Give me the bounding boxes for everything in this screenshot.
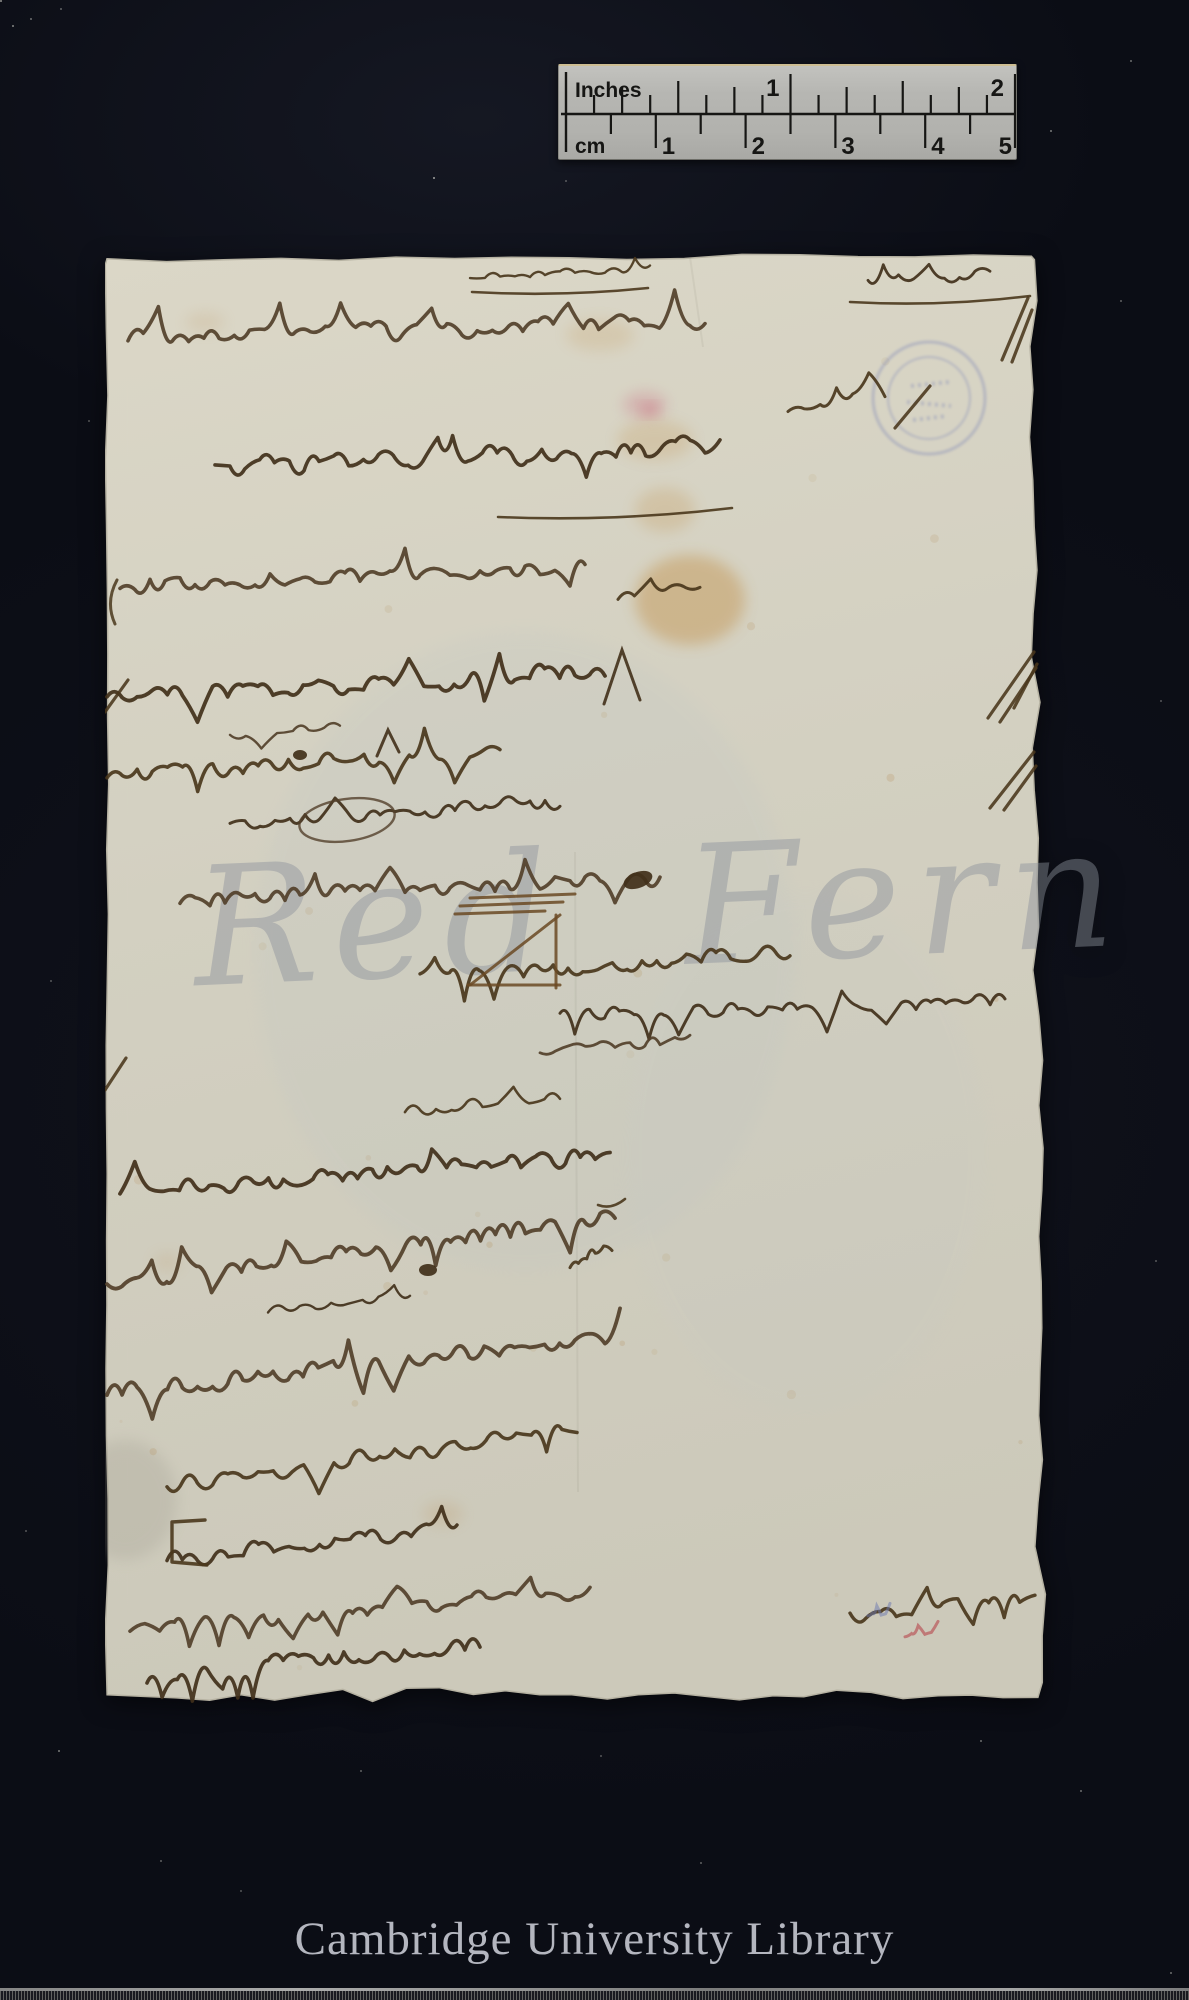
cm-number: 4 [931,133,945,159]
ink-line [868,264,990,283]
cm-number: 5 [999,133,1012,159]
scale-ruler: Inchescm1212345 [558,64,1017,160]
ruler-svg: Inchescm1212345 [559,66,1016,159]
ink-blot [293,750,307,760]
ink-line [230,723,340,748]
margin-stroke [1014,664,1037,708]
ink-writing-layer [105,252,1047,1704]
ink-line [128,290,705,342]
ink-line [560,991,1005,1039]
mount-bottom-edge [0,1988,1189,2000]
cm-number: 1 [662,133,675,159]
ink-line [215,436,720,478]
background-dust-specks [0,0,2,2]
margin-stroke [1012,310,1032,362]
ink-line [107,654,605,722]
ink-line [180,860,660,906]
ink-line [107,1211,615,1292]
ink-line [130,1578,590,1647]
ink-line [570,1246,612,1268]
triangle-figure-mark [460,902,563,906]
cm-number: 2 [752,133,765,159]
ink-line [147,1639,480,1701]
ink-line [107,728,500,791]
insertion-caret [604,650,640,704]
triangle-figure-mark [470,915,560,985]
library-caption: Cambridge University Library [0,1912,1189,1966]
margin-stroke [105,1058,126,1090]
ink-line [120,1149,610,1194]
ink-line [470,258,650,278]
colored-mark [905,1621,938,1636]
mount-edge-stitching [0,1991,1189,2000]
margin-stroke [895,386,930,428]
inch-number: 1 [766,75,779,102]
ink-line [107,1308,620,1419]
ink-line [618,579,700,600]
ink-line [540,1035,690,1054]
ink-blot [419,1264,437,1276]
ink-line [420,946,790,1001]
ink-underline [850,296,1030,304]
triangle-figure-mark [470,894,575,898]
triangle-figure-mark [455,911,545,914]
cm-number: 3 [841,133,854,159]
ink-line [167,1507,457,1565]
insertion-caret [377,730,399,756]
colored-mark [868,1603,890,1615]
ink-line [788,373,885,412]
ink-line [405,1087,560,1115]
ruler-inches-label: Inches [575,79,642,102]
ink-line [167,1426,577,1494]
margin-paren [110,580,117,624]
ink-underline [598,1199,625,1207]
ink-line [268,1285,410,1312]
ink-underline [472,288,648,294]
ruler-cm-label: cm [575,135,605,158]
ink-blot [621,867,655,892]
ink-underline [498,508,732,518]
manuscript-page: Red Fern [105,252,1047,1704]
inch-number: 2 [991,75,1004,102]
margin-stroke [1004,766,1036,810]
ink-line [120,548,585,593]
ink-bracket [172,1520,207,1565]
